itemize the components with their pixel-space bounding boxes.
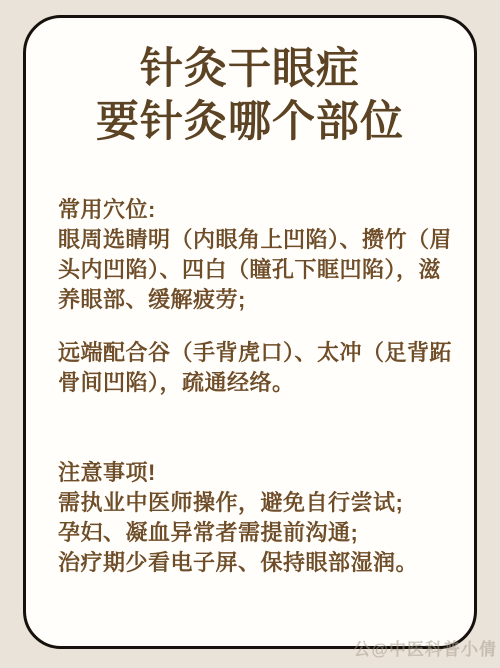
section-distal-acupoints: 远端配合谷（手背虎口）、太冲（足背跖 骨间凹陷），疏通经络。 [58,338,452,398]
page-title: 针灸干眼症 要针灸哪个部位 [26,43,474,149]
content-card: 针灸干眼症 要针灸哪个部位 常用穴位: 眼周选睛明（内眼角上凹陷）、攒竹（眉 头… [23,15,477,649]
watermark: 公@中医科普小倩 [353,635,497,660]
section-precautions: 注意事项! 需执业中医师操作，避免自行尝试; 孕妇、凝血异常者需提前沟通; 治疗… [58,458,452,578]
section-common-acupoints: 常用穴位: 眼周选睛明（内眼角上凹陷）、攒竹（眉 头内凹陷）、四白（瞳孔下眶凹陷… [58,195,452,315]
